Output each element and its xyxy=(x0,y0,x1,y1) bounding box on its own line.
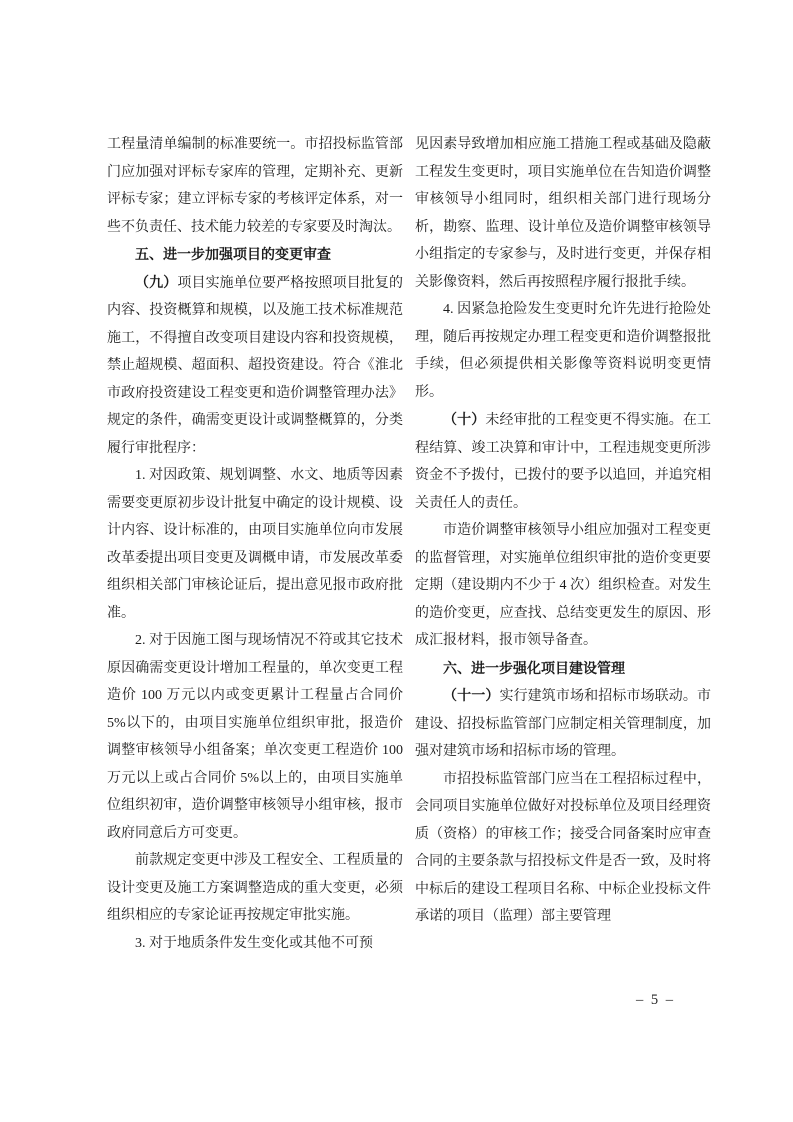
paragraph-lead: （九） xyxy=(135,274,177,290)
paragraph-numbered-3: 3. 对于地质条件发生变化或其他不可预 xyxy=(107,930,403,958)
paragraph-numbered-1: 1. 对因政策、规划调整、水文、地质等因素需要变更原初步设计批复中确定的设计规模… xyxy=(107,462,403,627)
right-column: 见因素导致增加相应施工措施工程或基础及隐蔽工程发生变更时，项目实施单位在告知造价… xyxy=(415,131,711,957)
heading-text: 五、进一步加强项目的变更审查 xyxy=(135,246,331,262)
paragraph-text: 市招投标监管部门应当在工程招标过程中，会同项目实施单位做好对投标单位及项目经理资… xyxy=(415,772,711,925)
paragraph-lead: （十） xyxy=(443,411,485,427)
paragraph-text: 4. 因紧急抢险发生变更时允许先进行抢险处理，随后再按规定办理工程变更和造价调整… xyxy=(415,302,711,400)
paragraph: 市招投标监管部门应当在工程招标过程中，会同项目实施单位做好对投标单位及项目经理资… xyxy=(415,766,711,931)
paragraph-numbered-2: 2. 对于因施工图与现场情况不符或其它技术原因确需变更设计增加工程量的，单次变更… xyxy=(107,627,403,847)
heading-text: 六、进一步强化项目建设管理 xyxy=(443,660,625,676)
paragraph-numbered-4: 4. 因紧急抢险发生变更时允许先进行抢险处理，随后再按规定办理工程变更和造价调整… xyxy=(415,296,711,406)
paragraph-continuation: 见因素导致增加相应施工措施工程或基础及隐蔽工程发生变更时，项目实施单位在告知造价… xyxy=(415,131,711,296)
page-number: – 5 – xyxy=(636,992,675,1009)
paragraph-item-9: （九）项目实施单位要严格按照项目批复的内容、投资概算和规模，以及施工技术标准规范… xyxy=(107,269,403,463)
paragraph-continuation: 工程量清单编制的标准要统一。市招投标监管部门应加强对评标专家库的管理，定期补充、… xyxy=(107,131,403,241)
section-heading-6: 六、进一步强化项目建设管理 xyxy=(415,655,711,683)
paragraph-text: 未经审批的工程变更不得实施。在工程结算、竣工决算和审计中，工程违规变更所涉资金不… xyxy=(415,413,711,511)
section-heading-5: 五、进一步加强项目的变更审查 xyxy=(107,241,403,269)
paragraph-text: 工程量清单编制的标准要统一。市招投标监管部门应加强对评标专家库的管理，定期补充、… xyxy=(107,137,403,235)
paragraph-text: 1. 对因政策、规划调整、水文、地质等因素需要变更原初步设计批复中确定的设计规模… xyxy=(107,468,403,621)
paragraph-item-10: （十）未经审批的工程变更不得实施。在工程结算、竣工决算和审计中，工程违规变更所涉… xyxy=(415,406,711,517)
paragraph-text: 见因素导致增加相应施工措施工程或基础及隐蔽工程发生变更时，项目实施单位在告知造价… xyxy=(415,137,711,290)
paragraph-text: 市造价调整审核领导小组应加强对工程变更的监督管理，对实施单位组织审批的造价变更要… xyxy=(415,523,711,648)
paragraph-item-11: （十一）实行建筑市场和招标市场联动。市建设、招投标监管部门应制定相关管理制度，加… xyxy=(415,682,711,766)
document-page: 工程量清单编制的标准要统一。市招投标监管部门应加强对评标专家库的管理，定期补充、… xyxy=(0,0,793,1122)
paragraph-text: 2. 对于因施工图与现场情况不符或其它技术原因确需变更设计增加工程量的，单次变更… xyxy=(107,633,403,841)
two-column-layout: 工程量清单编制的标准要统一。市招投标监管部门应加强对评标专家库的管理，定期补充、… xyxy=(107,131,711,957)
paragraph-text: 3. 对于地质条件发生变化或其他不可预 xyxy=(135,936,373,951)
paragraph-lead: （十一） xyxy=(443,687,499,703)
left-column: 工程量清单编制的标准要统一。市招投标监管部门应加强对评标专家库的管理，定期补充、… xyxy=(107,131,403,957)
paragraph-text: 前款规定变更中涉及工程安全、工程质量的设计变更及施工方案调整造成的重大变更，必须… xyxy=(107,853,403,923)
paragraph-text: 项目实施单位要严格按照项目批复的内容、投资概算和规模，以及施工技术标准规范施工，… xyxy=(107,276,403,456)
paragraph: 市造价调整审核领导小组应加强对工程变更的监督管理，对实施单位组织审批的造价变更要… xyxy=(415,517,711,655)
paragraph: 前款规定变更中涉及工程安全、工程质量的设计变更及施工方案调整造成的重大变更，必须… xyxy=(107,847,403,930)
